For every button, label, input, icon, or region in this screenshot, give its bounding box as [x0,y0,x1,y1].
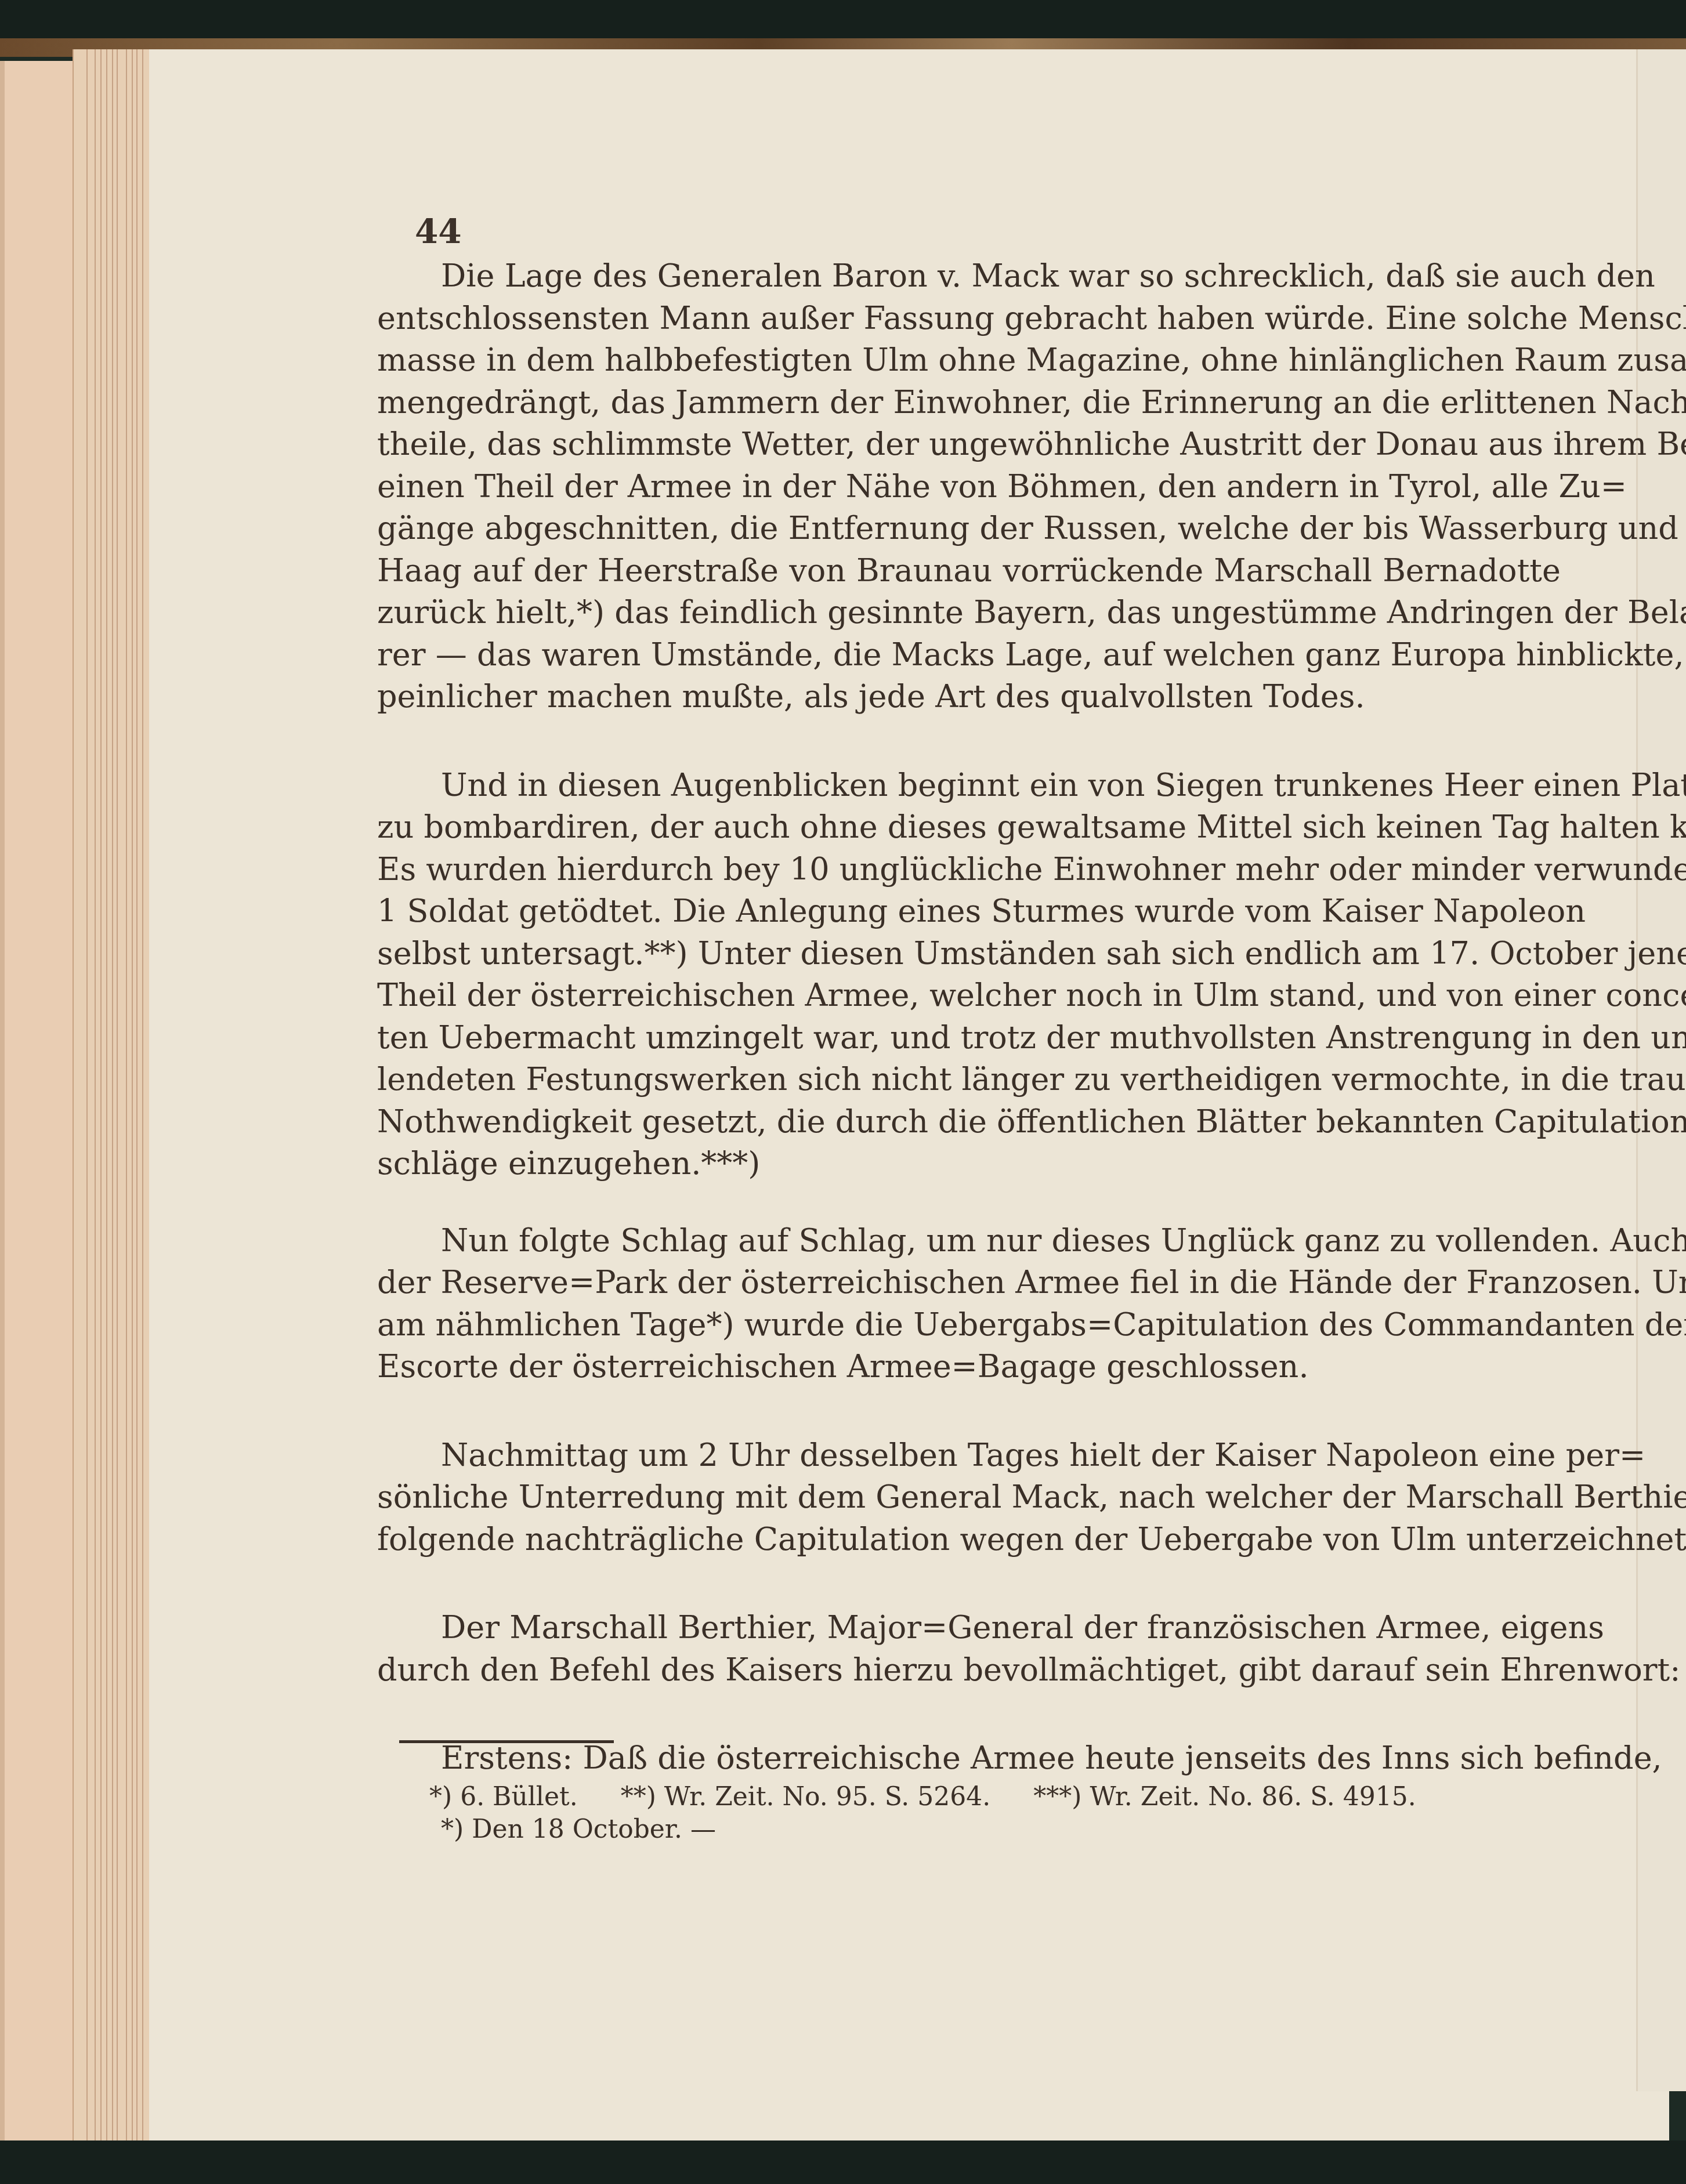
text-line: ten Uebermacht umzingelt war, und trotz … [377,1017,1561,1059]
text-line: Nothwendigkeit gesetzt, die durch die öf… [377,1101,1561,1143]
text-line: am nähmlichen Tage*) wurde die Uebergabs… [377,1304,1561,1346]
footnote-1: *) 6. Büllet. [429,1782,578,1812]
text-line: peinlicher machen mußte, als jede Art de… [377,676,1561,718]
page-number: 44 [415,212,462,251]
scan-background-bottom [0,2140,1686,2184]
text-line: durch den Befehl des Kaisers hierzu bevo… [377,1649,1561,1692]
text-line: mengedrängt, das Jammern der Einwohner, … [377,382,1561,424]
footnote-line-1: *) 6. Büllet. **) Wr. Zeit. No. 95. S. 5… [429,1781,1561,1813]
text-line: sönliche Unterredung mit dem General Mac… [377,1476,1561,1519]
paragraph-2: Und in diesen Augenblicken beginnt ein v… [377,765,1561,1185]
footnotes: *) 6. Büllet. **) Wr. Zeit. No. 95. S. 5… [429,1781,1561,1846]
paragraph-4: Nachmittag um 2 Uhr desselben Tages hiel… [377,1435,1561,1561]
text-line: folgende nachträgliche Capitulation wege… [377,1519,1561,1561]
text-line: Erstens: Daß die österreichische Armee h… [377,1737,1561,1780]
body-text: Die Lage des Generalen Baron v. Mack war… [377,255,1561,1780]
text-line: Escorte der österreichischen Armee=Bagag… [377,1346,1561,1388]
text-line: lendeten Festungswerken sich nicht länge… [377,1059,1561,1101]
text-line: Nachmittag um 2 Uhr desselben Tages hiel… [377,1435,1561,1477]
text-line: 1 Soldat getödtet. Die Anlegung eines St… [377,890,1561,933]
text-line: Und in diesen Augenblicken beginnt ein v… [377,765,1561,807]
text-line: Es wurden hierdurch bey 10 unglückliche … [377,849,1561,891]
footnote-line-2: *) Den 18 October. — [429,1813,1561,1846]
text-line: Theil der österreichischen Armee, welche… [377,975,1561,1017]
paragraph-6: Erstens: Daß die österreichische Armee h… [377,1737,1561,1780]
text-line: rer — das waren Umstände, die Macks Lage… [377,634,1561,676]
text-line: masse in dem halbbefestigten Ulm ohne Ma… [377,339,1561,382]
text-line: zu bombardiren, der auch ohne dieses gew… [377,806,1561,849]
text-line: der Reserve=Park der österreichischen Ar… [377,1262,1561,1304]
paragraph-3: Nun folgte Schlag auf Schlag, um nur die… [377,1220,1561,1388]
text-line: Nun folgte Schlag auf Schlag, um nur die… [377,1220,1561,1262]
text-line: entschlossensten Mann außer Fassung gebr… [377,298,1561,340]
text-line: selbst untersagt.**) Unter diesen Umstän… [377,933,1561,975]
text-line: theile, das schlimmste Wetter, der ungew… [377,423,1561,466]
text-line: Der Marschall Berthier, Major=General de… [377,1607,1561,1649]
text-line: einen Theil der Armee in der Nähe von Bö… [377,466,1561,508]
scan-background-top [0,0,1686,41]
paragraph-5: Der Marschall Berthier, Major=General de… [377,1607,1561,1691]
text-line: Die Lage des Generalen Baron v. Mack war… [377,255,1561,298]
facing-page-edge [0,61,73,2143]
footnote-3: ***) Wr. Zeit. No. 86. S. 4915. [1033,1782,1416,1812]
footnote-2: **) Wr. Zeit. No. 95. S. 5264. [621,1782,991,1812]
text-line: gänge abgeschnitten, die Entfernung der … [377,508,1561,550]
paragraph-1: Die Lage des Generalen Baron v. Mack war… [377,255,1561,718]
text-line: zurück hielt,*) das feindlich gesinnte B… [377,592,1561,634]
facing-page-shadow [0,61,5,2143]
footnote-divider [399,1740,614,1743]
text-line: schläge einzugehen.***) [377,1143,1561,1185]
text-line: Haag auf der Heerstraße von Braunau vorr… [377,550,1561,592]
page-edge-stack [73,49,150,2143]
